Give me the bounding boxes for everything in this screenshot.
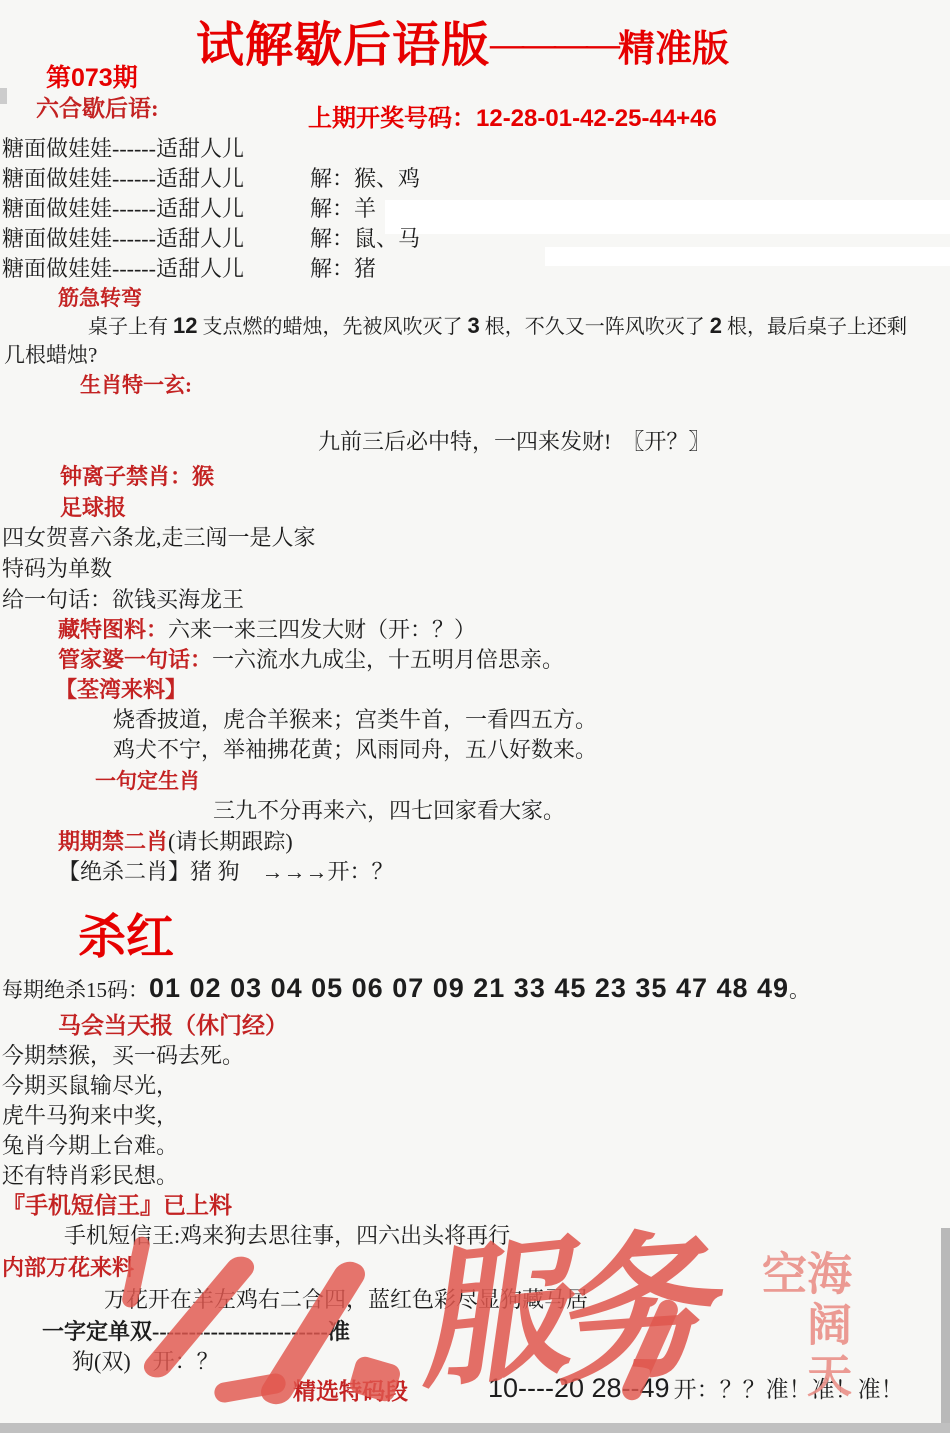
qiqijin-line: 期期禁二肖(请长期跟踪) (58, 828, 293, 856)
title-dashes: ———— (490, 26, 618, 63)
cangte-text: 六来一来三四发大财（开：？） (168, 617, 476, 642)
tip-sheet-page: 试解歇后语版————精准版 第073期 六合歇后语: 上期开奖号码：12-28-… (0, 0, 950, 1433)
riddle-text: 糖面做娃娃------适甜人儿 (2, 255, 310, 283)
riddle-row: 糖面做娃娃------适甜人儿解：鼠、马 (2, 225, 420, 253)
cangte-label: 藏特图料： (58, 617, 168, 642)
teaser-line-2: 几根蜡烛? (4, 342, 97, 368)
wanhua-line: 万花开在羊左鸡右二合四，蓝红色彩尽显狗藏马居 (104, 1286, 588, 1314)
zuqiubao-line: 特码为单数 (2, 555, 112, 583)
page-title: 试解歇后语版————精准版 (196, 16, 729, 76)
teaser-line-1: 桌子上有 12 支点燃的蜡烛，先被风吹灭了 3 根，不久又一阵风吹灭了 2 根，… (88, 312, 907, 340)
riddle-answer: 解：猴、鸡 (310, 166, 420, 191)
watermark-stroke (213, 1372, 287, 1404)
right-edge-bar (941, 1228, 950, 1433)
page-title-edition: 精准版 (618, 28, 729, 69)
duanxin-line: 手机短信王:鸡来狗去思往事，四六出头将再行 (64, 1222, 510, 1250)
shahong-heading: 杀红 (78, 908, 174, 968)
riddle-row: 糖面做娃娃------适甜人儿 (2, 135, 310, 163)
juesha-erxiao-line: 【绝杀二肖】猪 狗 →→→开：？ (58, 858, 394, 886)
shahong-label: 每期绝杀15码： (2, 978, 149, 1002)
mahui-line: 虎牛马狗来中奖， (2, 1102, 178, 1130)
tecoduan-result: 开：？？准！准！准！ (674, 1377, 904, 1402)
shahong-period: 。 (789, 978, 810, 1002)
riddle-answer: 解：羊 (310, 196, 376, 221)
teaser-number: 3 (467, 313, 479, 338)
shahong-line: 每期绝杀15码：01 02 03 04 05 06 07 09 21 33 45… (2, 972, 810, 1006)
quanwan-heading: 【荃湾来料】 (55, 676, 187, 704)
mahui-line: 今期禁猴，买一码去死。 (2, 1042, 244, 1070)
issue-number: 第073期 (46, 63, 138, 94)
riddle-text: 糖面做娃娃------适甜人儿 (2, 225, 310, 253)
tecoduan-line: 10----20 28--49 开：？？准！准！准！ (488, 1372, 904, 1406)
mahui-line: 还有特肖彩民想。 (2, 1162, 178, 1190)
zuqiubao-line: 给一句话：欲钱买海龙王 (2, 586, 244, 614)
riddle-answer: 解：猪 (310, 256, 376, 281)
danshuang-result: 狗(双) 开：？ (72, 1348, 219, 1376)
zhonglizi-line: 钟离子禁肖：猴 (60, 463, 214, 491)
riddle-answer: 解：鼠、马 (310, 226, 420, 251)
cangte-line: 藏特图料：六来一来三四发大财（开：？） (58, 616, 476, 644)
riddle-text: 糖面做娃娃------适甜人儿 (2, 135, 310, 163)
bottom-edge-bar (0, 1423, 950, 1433)
teaser-seg: 桌子上有 (88, 316, 173, 338)
yiju-line: 三九不分再来六，四七回家看大家。 (213, 797, 565, 825)
guanjiapo-label: 管家婆一句话： (58, 647, 212, 672)
wanhua-heading: 内部万花来料 (2, 1254, 134, 1282)
qiqijin-note: (请长期跟踪) (168, 829, 293, 854)
riddle-row: 糖面做娃娃------适甜人儿解：羊 (2, 195, 376, 223)
zuqiubao-heading: 足球报 (60, 494, 126, 522)
page-title-main: 试解歇后语版 (196, 19, 490, 72)
danshuang-line: 一字定单双------------------------准 (42, 1318, 350, 1346)
shengxiao-line: 九前三后必中特，一四来发财! 〖开？〗 (318, 428, 710, 456)
riddle-text: 糖面做娃娃------适甜人儿 (2, 195, 310, 223)
teaser-heading: 筋急转弯 (58, 285, 142, 311)
tecoduan-heading: 精选特码段 (293, 1378, 408, 1407)
yiju-heading: 一句定生肖 (95, 768, 200, 794)
zuqiubao-line: 四女贺喜六条龙,走三闯一是人家 (2, 524, 316, 552)
left-edge-mark (0, 88, 7, 104)
scan-white-patch (385, 200, 950, 234)
riddle-row: 糖面做娃娃------适甜人儿解：猪 (2, 255, 376, 283)
teaser-seg: 支点燃的蜡烛，先被风吹灭了 (197, 316, 467, 338)
riddle-text: 糖面做娃娃------适甜人儿 (2, 165, 310, 193)
xiehouyu-heading: 六合歇后语: (36, 95, 159, 124)
teaser-number: 12 (173, 313, 197, 338)
quanwan-line: 烧香披道，虎合羊猴来；宫类牛首，一看四五方。 (113, 706, 597, 734)
teaser-seg: 根，不久又一阵风吹灭了 (480, 316, 710, 338)
shengxiao-heading: 生肖特一玄: (80, 372, 192, 398)
guanjiapo-line: 管家婆一句话：一六流水九成尘，十五明月倍思亲。 (58, 646, 564, 674)
shahong-numbers: 01 02 03 04 05 06 07 09 21 33 45 23 35 4… (149, 973, 789, 1003)
teaser-seg: 根，最后桌子上还剩 (722, 316, 907, 338)
duanxin-heading: 『手机短信王』已上料 (2, 1192, 232, 1221)
mahui-line: 兔肖今期上台难。 (2, 1132, 178, 1160)
riddle-row: 糖面做娃娃------适甜人儿解：猴、鸡 (2, 165, 420, 193)
teaser-number: 2 (710, 313, 722, 338)
mahui-line: 今期买鼠输尽光， (2, 1072, 178, 1100)
guanjiapo-text: 一六流水九成尘，十五明月倍思亲。 (212, 647, 564, 672)
tecoduan-range: 10----20 28--49 (488, 1373, 670, 1403)
qiqijin-label: 期期禁二肖 (58, 829, 168, 854)
previous-draw-numbers: 上期开奖号码：12-28-01-42-25-44+46 (308, 104, 717, 134)
scan-white-patch (545, 247, 950, 266)
mahui-heading: 马会当天报（休门经） (58, 1012, 288, 1041)
quanwan-line: 鸡犬不宁，举袖拂花黄；风雨同舟，五八好数来。 (113, 736, 597, 764)
